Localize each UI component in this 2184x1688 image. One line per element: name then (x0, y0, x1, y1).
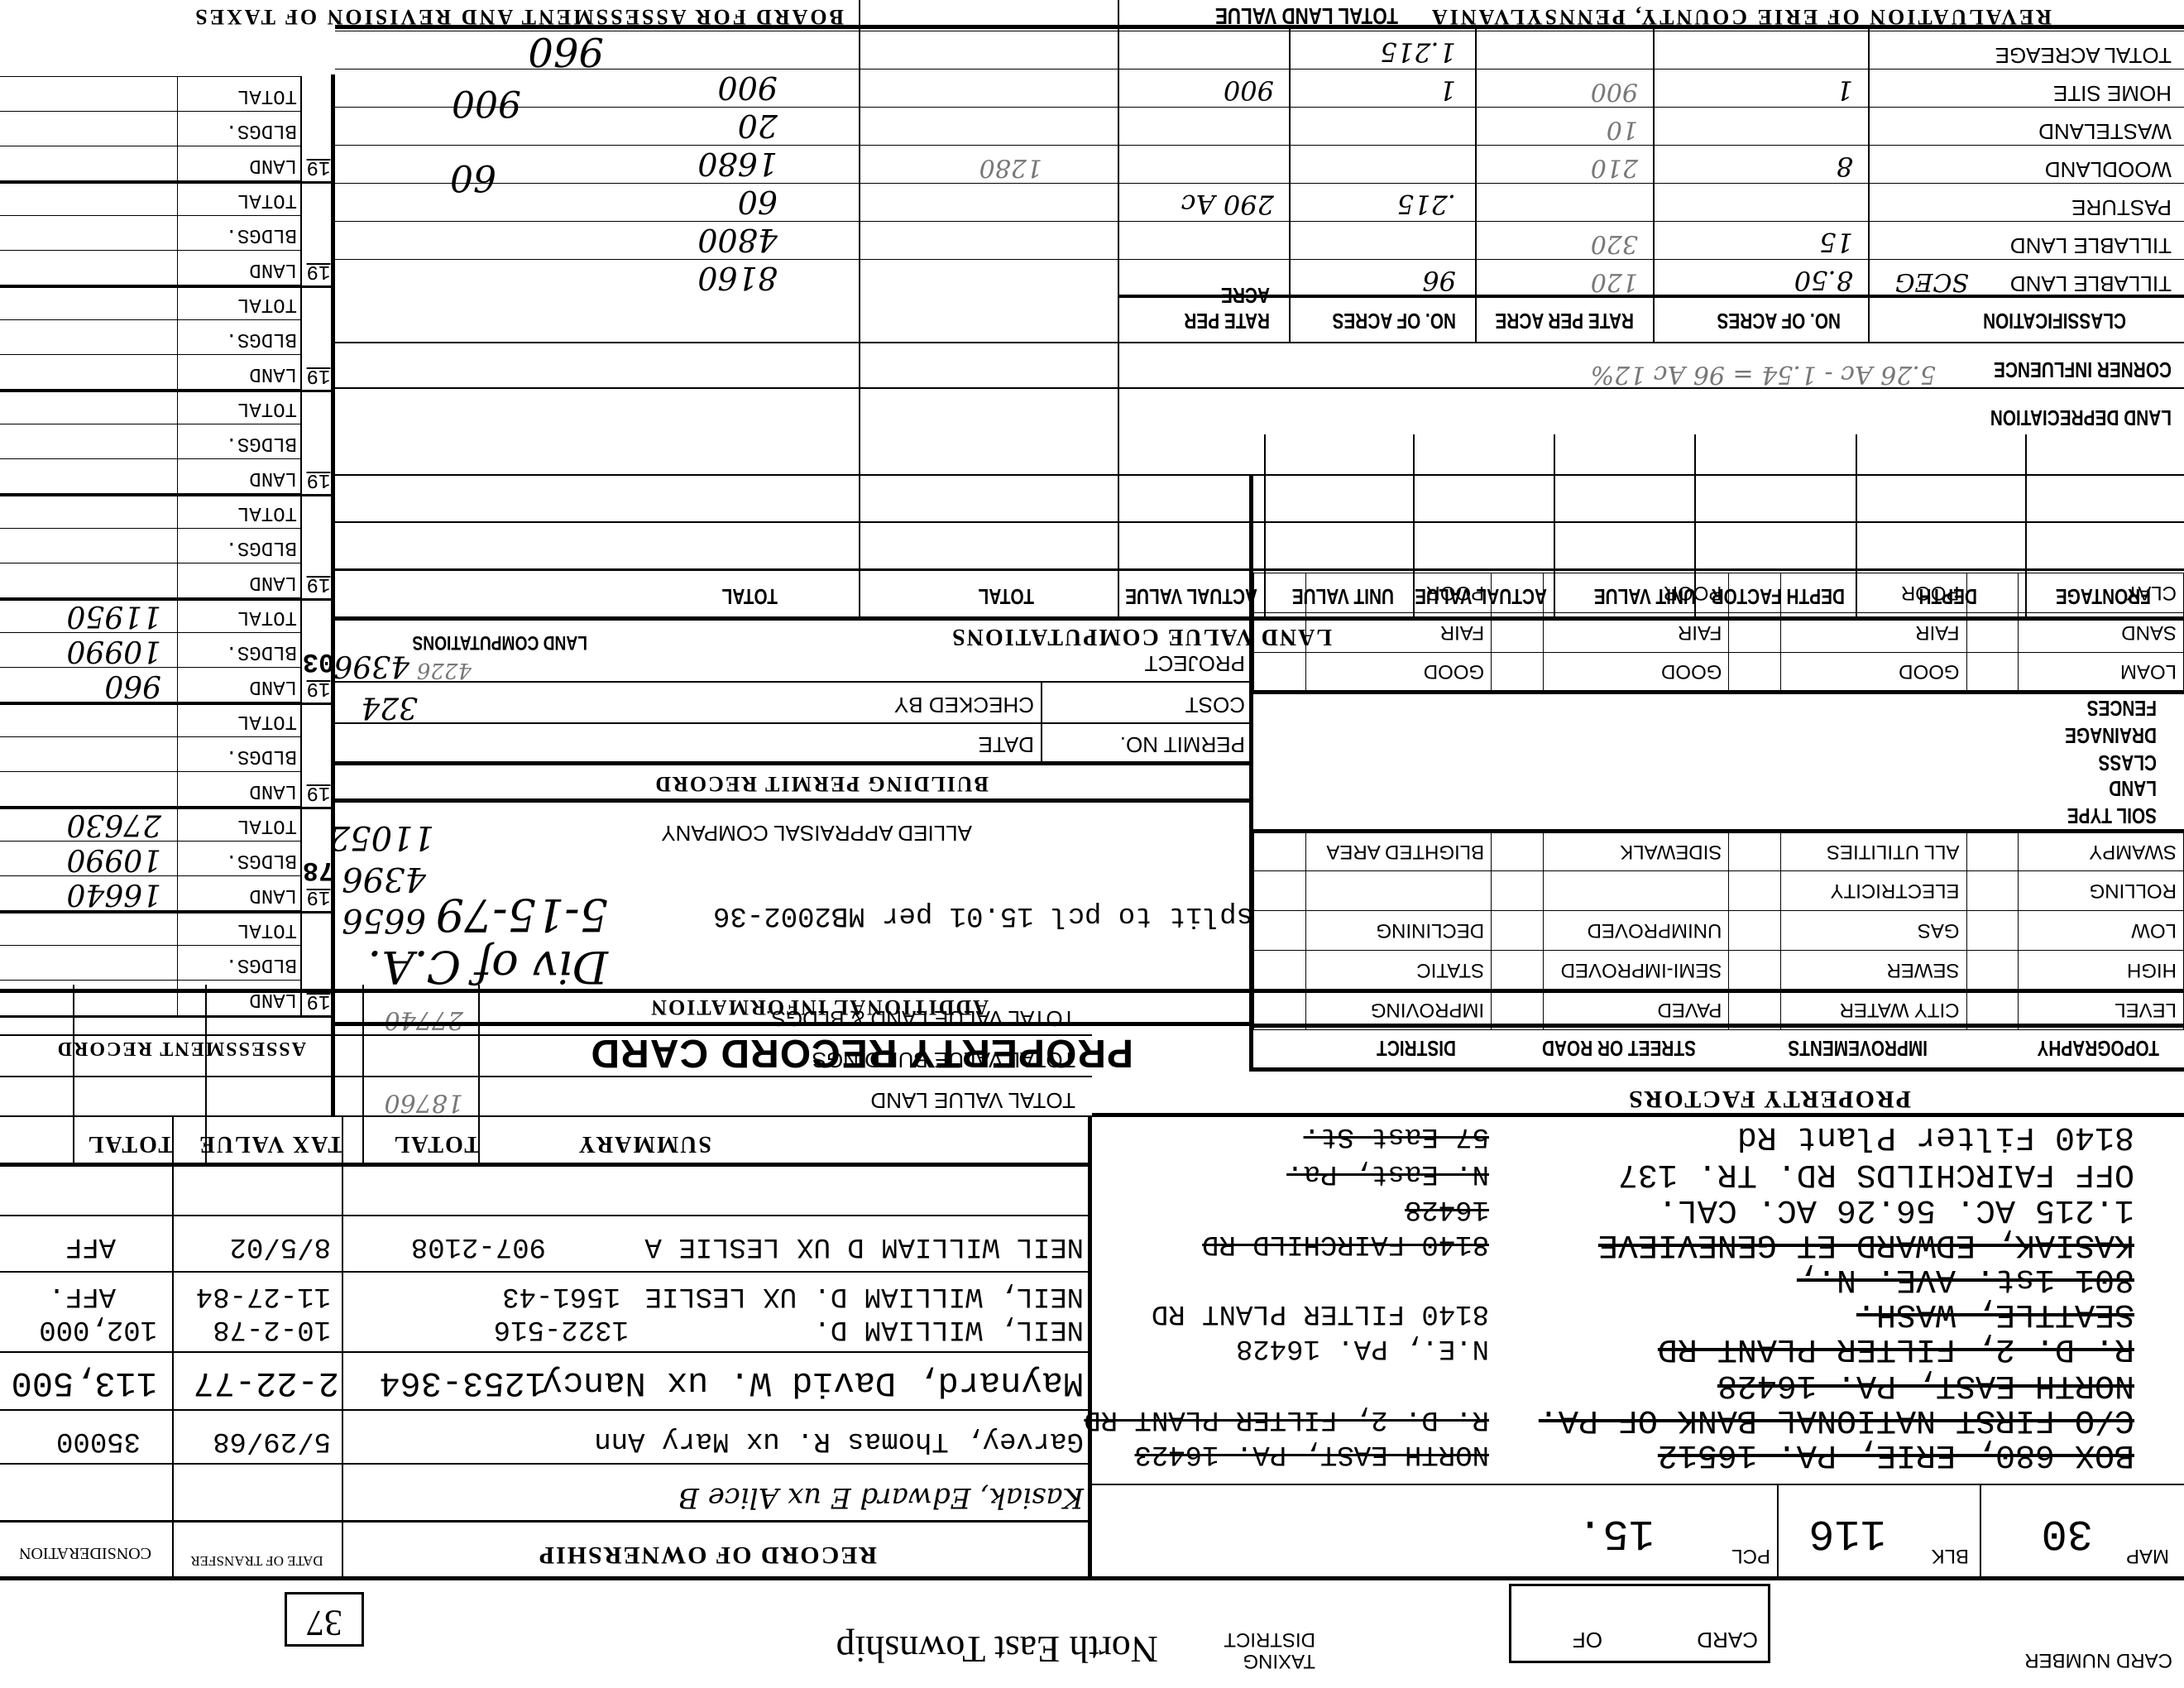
ownership-row-4-date: 11-27-84 (196, 1280, 331, 1312)
ownership-row-1-name: Garvey, Thomas R. ux Mary Ann (594, 1425, 1084, 1456)
total-land-value-label: TOTAL LAND VALUE (1215, 2, 1398, 29)
appraisal-value-land: 6656 (342, 901, 426, 939)
assessment-row-label: TOTAL (237, 918, 297, 941)
land-class-good[interactable]: GOOD (1780, 653, 1966, 693)
additional-info-title: ADDITIONAL INFORMATION (649, 995, 989, 1019)
assessment-row-label: BLDGS. (226, 119, 297, 141)
assessment-row-label: TOTAL (237, 710, 297, 732)
map-value: 30 (2042, 1508, 2093, 1557)
property-factors-title: PROPERTY FACTORS (1627, 1085, 1911, 1113)
code-box: 37 (285, 1592, 364, 1647)
property-record-card: CARD NUMBER CARD OF TAXING DISTRICT Nort… (0, 0, 2184, 1688)
factor-rolling[interactable]: ROLLING (2019, 871, 2184, 911)
factor-unimproved[interactable]: UNIMPROVED (1543, 911, 1729, 951)
assessment-year: 1978 (300, 807, 335, 911)
unit-value-header-2: UNIT VALUE (1292, 583, 1394, 609)
factor-blank (1543, 871, 1729, 911)
unit-value-header: UNIT VALUE (1594, 583, 1696, 609)
permit-project-label: PROJECT (1145, 650, 1245, 676)
assessment-block: 19LANDBLDGS.TOTAL (0, 285, 335, 392)
factor-all-utilities[interactable]: ALL UTILITIES (1780, 832, 1966, 871)
factor-high[interactable]: HIGH (2019, 951, 2184, 990)
assessment-block: 19LANDBLDGS.TOTAL (0, 77, 335, 184)
address-line: R. D. 2, FILTER PLANT RD (1658, 1330, 2134, 1366)
assessment-row-label: LAND (249, 154, 297, 176)
building-permit-title: BUILDING PERMIT RECORD (654, 771, 989, 796)
class-rate: 320 (1591, 229, 1638, 258)
corner-influence-label: CORNER INFLUENCE (1994, 357, 2172, 382)
corner-influence-note: 5.26 Ac - 1.54 = 96 Ac 12% (1591, 360, 1936, 389)
total-header: TOTAL (393, 1130, 480, 1157)
permit-date-label: DATE (979, 731, 1034, 757)
side-value-900: 900 (452, 82, 521, 124)
assessment-row-label: LAND (249, 467, 297, 489)
assessment-row-value: 27630 (66, 808, 161, 842)
assessment-row-value: 10990 (66, 634, 161, 668)
additional-info-split-note: split to pcl 15.01 per MB2002-36 (713, 899, 1253, 931)
factor-sidewalk[interactable]: SIDEWALK (1543, 832, 1729, 871)
factor-level[interactable]: LEVEL (2019, 990, 2184, 1030)
class-rate: 10 (1607, 115, 1638, 144)
address-line: NORTH EAST, PA. 16428 (1717, 1366, 2134, 1403)
assessment-row-label: LAND (249, 258, 297, 281)
class-rate: 120 (1591, 267, 1638, 296)
pcl-value: 15. (1577, 1508, 1655, 1557)
class-acres-2: 1 (1439, 74, 1456, 106)
assessment-record-title: ASSESSMENT RECORD (56, 1037, 306, 1059)
factor-blighted-area[interactable]: BLIGHTED AREA (1305, 832, 1491, 871)
ownership-row-2-name: Maynard, David W. ux Nancy (542, 1363, 1084, 1403)
class-label: WOODLAND (2045, 156, 2172, 182)
address-line: BOX 680, ERIE, PA. 16512 (1658, 1436, 2134, 1472)
ownership-row-2-ref: 1253-364 (379, 1363, 546, 1403)
class-acres-2: 96 (1422, 265, 1456, 296)
footer-board: BOARD FOR ASSESSMENT AND REVISION OF TAX… (193, 4, 844, 29)
permit-handwritten-note: 324 (361, 690, 418, 724)
taxing-district-value: North East Township (836, 1628, 1158, 1671)
ownership-title: RECORD OF OWNERSHIP (538, 1541, 877, 1569)
card-title: PROPERTY RECORD CARD (590, 1030, 1133, 1076)
card-of-box: CARD OF (1509, 1584, 1770, 1663)
assessment-year: 19 (300, 390, 335, 494)
topography-header: TOPOGRAPHY (2037, 1035, 2159, 1061)
summary-row-land-label: TOTAL VALUE LAND (870, 1087, 1075, 1113)
assessment-row-label: BLDGS. (226, 849, 297, 871)
assessment-row-label: BLDGS. (226, 328, 297, 350)
side-value-60: 60 (450, 156, 496, 199)
ownership-row-3-consideration: 102,000 (39, 1313, 157, 1345)
factor-blank (1305, 871, 1491, 911)
depth-factor-header: DEPTH FACTOR (1712, 583, 1845, 609)
assessment-block: 1903LAND960BLDGS.10990TOTAL11950 (0, 598, 335, 705)
assessment-year: 19 (300, 77, 335, 181)
ownership-row-3-date: 10-2-78 (213, 1313, 331, 1345)
ownership-row-4-name: NEIL, WILLIAM D. UX LESLIE (645, 1280, 1085, 1312)
assessment-row-label: BLDGS. (226, 745, 297, 767)
ownership-row-5-ref: 907-2108 (411, 1230, 546, 1262)
ownership-row-3-ref: 1322-516 (494, 1313, 629, 1345)
factor-static[interactable]: STATIC (1305, 951, 1491, 990)
assessment-row-label: BLDGS. (226, 536, 297, 559)
factor-electricity[interactable]: ELECTRICITY (1780, 871, 1966, 911)
factor-declining[interactable]: DECLINING (1305, 911, 1491, 951)
permit-checked-by-label: CHECKED BY (894, 692, 1034, 717)
ownership-row-3-name: NEIL, WILLIAM D. (814, 1313, 1084, 1345)
assessment-row-label: BLDGS. (226, 223, 297, 246)
assessment-block: 19LANDBLDGS.TOTAL (0, 703, 335, 809)
assessment-row-value: 10990 (66, 842, 161, 876)
property-factors-table: LEVEL CITY WATER PAVED IMPROVING HIGH SE… (1253, 573, 2184, 1030)
assessment-row-label: BLDGS. (226, 640, 297, 663)
class-acres-2: 1.215 (1380, 36, 1456, 68)
address-line: SEATTLE, WASH. (1856, 1295, 2134, 1331)
tax-value-header: TAX VALUE (198, 1130, 343, 1157)
assessment-row-label: TOTAL (237, 397, 297, 420)
assessment-row-label: LAND (249, 571, 297, 593)
summary-row-land-total: 18760 (385, 1088, 463, 1117)
assessment-row-label: BLDGS. (226, 432, 297, 454)
assessment-row-label: TOTAL (237, 814, 297, 837)
class-acres: 1 (1837, 74, 1853, 106)
rate-per-acre-header: RATE PER ACRE (1495, 308, 1634, 333)
permit-no-label: PERMIT NO. (1120, 731, 1245, 757)
record-of-ownership: RECORD OF OWNERSHIP DATE OF TRANSFER CON… (0, 1117, 1092, 1580)
address-line: KASIAK, EDWARD ET GENEVIEVE (1598, 1225, 2134, 1262)
class-rate: 210 (1591, 153, 1638, 182)
assessment-row-value: 16640 (66, 877, 161, 911)
actual-value-header-2: ACTUAL VALUE (1125, 583, 1257, 609)
classification-header: CLASSIFICATION NO. OF ACRES RATE PER ACR… (1119, 295, 2184, 343)
class-rate-2: 290 Ac (1181, 189, 1274, 220)
assessment-year: 19 (300, 494, 335, 598)
factor-paved[interactable]: PAVED (1543, 990, 1729, 1030)
class-label: HOME SITE (2053, 80, 2172, 106)
address-line: 801 1st. AVE. N., (1797, 1260, 2134, 1297)
district-header: DISTRICT (1377, 1035, 1456, 1061)
appraisal-value-total: 11052 (329, 818, 434, 856)
assessment-year: 19 (300, 911, 335, 1015)
class-acres: 8.50 (1794, 265, 1853, 296)
total-header-2: TOTAL (87, 1130, 174, 1157)
assessment-row-label: BLDGS. (226, 953, 297, 976)
street-header: STREET OR ROAD (1542, 1035, 1696, 1061)
assessment-year: 19 (300, 703, 335, 807)
factor-low[interactable]: LOW (2019, 911, 2184, 951)
assessment-row-label: LAND (249, 884, 297, 906)
assessment-row-label: LAND (249, 362, 297, 385)
class-rate: 900 (1591, 77, 1638, 106)
fences-good[interactable]: GOOD (1305, 653, 1491, 693)
appraiser-name: ALLIED APPRAISAL COMPANY (661, 820, 972, 846)
actual-value-header: ACTUAL VALUE (1415, 583, 1547, 609)
address-current: 8140 Filter Plant Rd (1737, 1118, 2134, 1154)
assessment-row-label: LAND (249, 988, 297, 1010)
assessment-row-label: LAND (249, 675, 297, 698)
ownership-row-0-name: Kasiak, Edward E ux Alice B (678, 1481, 1084, 1514)
land-computations-side-note: 4226 (417, 658, 472, 683)
summary-header: SUMMARY (577, 1130, 711, 1157)
factor-semi-improved[interactable]: SEMI-IMPROVED (1543, 951, 1729, 990)
consideration-header: CONSIDERATION (0, 1543, 172, 1580)
land-value-computations-title: LAND VALUE COMPUTATIONS (951, 623, 1332, 650)
assessment-row-label: TOTAL (237, 84, 297, 107)
ownership-row-4-ref: 1561-43 (502, 1280, 620, 1312)
assessment-row-label: TOTAL (237, 189, 297, 211)
assessment-block: 19LANDBLDGS.TOTAL (0, 494, 335, 601)
footer-revaluation: REVALUATION OF ERIE COUNTY, PENNSYLVANIA (1430, 4, 2052, 29)
assessment-row-label: TOTAL (237, 501, 297, 524)
code-value: 37 (306, 1603, 342, 1643)
improvements-header: IMPROVEMENTS (1788, 1035, 1928, 1061)
class-acres: 15 (1819, 227, 1853, 258)
class-label: TOTAL ACREAGE (1995, 42, 2172, 68)
land-computations-side: LAND COMPUTATIONS 4226 60 900 (335, 29, 860, 621)
soil-loam[interactable]: LOAM (2019, 653, 2184, 693)
drainage-good[interactable]: GOOD (1543, 653, 1729, 693)
assessment-block: 19LANDBLDGS.TOTAL (0, 911, 335, 1018)
class-label: WASTELAND (2038, 118, 2172, 144)
address-line: C/O FIRST NATIONAL BANK OF PA. (1539, 1401, 2134, 1437)
acreage-line: 1.215 AC. 56.26 AC. CAL. (1658, 1191, 2134, 1227)
permit-cost-label: COST (1185, 692, 1245, 717)
assessment-block: 1978LAND16640BLDGS.10990TOTAL27630 (0, 807, 335, 914)
additional-information: ADDITIONAL INFORMATION Div of C.A. 5-15-… (335, 803, 1253, 1026)
assessment-row-value: 11950 (66, 599, 161, 633)
address-location: OFF FAIRCHILDS RD. TR. 137 (1618, 1155, 2134, 1192)
ownership-row-5-name: NEIL WILLIAM D UX LESLIE A (645, 1230, 1085, 1262)
taxing-district-label: TAXING DISTRICT (1224, 1628, 1315, 1671)
no-of-acres-header-2: NO. OF ACRES (1333, 308, 1456, 333)
soil-type-header: SOIL TYPE (2067, 802, 2183, 829)
assessment-record: 19LANDBLDGS.TOTAL1978LAND16640BLDGS.1099… (0, 74, 335, 1018)
assessment-row-label: TOTAL (237, 606, 297, 628)
no-of-acres-header: NO. OF ACRES (1717, 308, 1841, 333)
drainage-header: DRAINAGE (2065, 722, 2184, 749)
card-number-label: CARD NUMBER (2024, 1648, 2172, 1671)
blk-value: 116 (1808, 1508, 1886, 1557)
assessment-block: 19LANDBLDGS.TOTAL (0, 181, 335, 288)
ownership-row-2-consideration: 113,500 (12, 1363, 157, 1403)
ownership-row-2-date: 2-22-77 (194, 1363, 339, 1403)
assessment-year: 19 (300, 181, 335, 285)
assessment-block: 19LANDBLDGS.TOTAL (0, 390, 335, 496)
owner-address-right: NORTH EAST, PA. 16423 R. D. 2, FILTER PL… (1084, 1117, 1489, 1485)
assessment-row-label: LAND (249, 779, 297, 802)
ownership-row-5-date: 8/5/02 (230, 1230, 331, 1262)
factor-improving[interactable]: IMPROVING (1305, 990, 1491, 1030)
factor-sewer[interactable]: SEWER (1780, 951, 1966, 990)
of-label: OF (1573, 1627, 1602, 1652)
ownership-row-1-consideration: 35000 (56, 1425, 141, 1456)
class-label: TILLABLE LAND (2010, 233, 2172, 258)
classification-header-label: CLASSIFICATION (1983, 308, 2126, 333)
class-label: PASTURE (2071, 194, 2172, 220)
class-total-1: 1280 (979, 153, 1042, 182)
class-label: TILLABLE LAND (2010, 271, 2172, 296)
assessment-year: 19 (300, 285, 335, 390)
factor-gas[interactable]: GAS (1780, 911, 1966, 951)
class-acres: 8 (1837, 151, 1853, 182)
factor-swampy[interactable]: SWAMPY (2019, 832, 2184, 871)
depth-header: DEPTH (1919, 583, 1978, 609)
assessment-row-label: TOTAL (237, 293, 297, 315)
factor-city-water[interactable]: CITY WATER (1780, 990, 1966, 1030)
appraisal-value-bldgs: 4396 (342, 860, 426, 898)
permit-handwritten-value: 4396 (333, 649, 409, 683)
ownership-row-1-date: 5/29/68 (213, 1425, 331, 1456)
fences-header: FENCES (2086, 694, 2183, 722)
class-note: SCEG (1895, 267, 1969, 296)
class-rate-2: 900 (1224, 74, 1274, 106)
parcel-row: MAP 30 BLK 116 PCL 15. (1092, 1485, 2184, 1580)
date-of-transfer-header: DATE OF TRANSFER (172, 1552, 342, 1580)
ownership-row-4-consideration: AFF. (48, 1280, 116, 1312)
land-computations-side-title: LAND COMPUTATIONS (412, 631, 587, 654)
class-acres-2: .215 (1397, 189, 1456, 220)
land-depreciation-label: LAND DEPRECIATION (1990, 405, 2172, 430)
frontage-header: FRONTAGE (2056, 583, 2151, 609)
ownership-row-5-consideration: AFF (65, 1230, 116, 1262)
assessment-year: 1903 (300, 598, 335, 703)
card-label: CARD (1697, 1627, 1758, 1652)
land-class-header: LAND CLASS (2052, 749, 2184, 802)
total-header-a: TOTAL (979, 583, 1034, 609)
assessment-row-value: 960 (104, 669, 161, 703)
